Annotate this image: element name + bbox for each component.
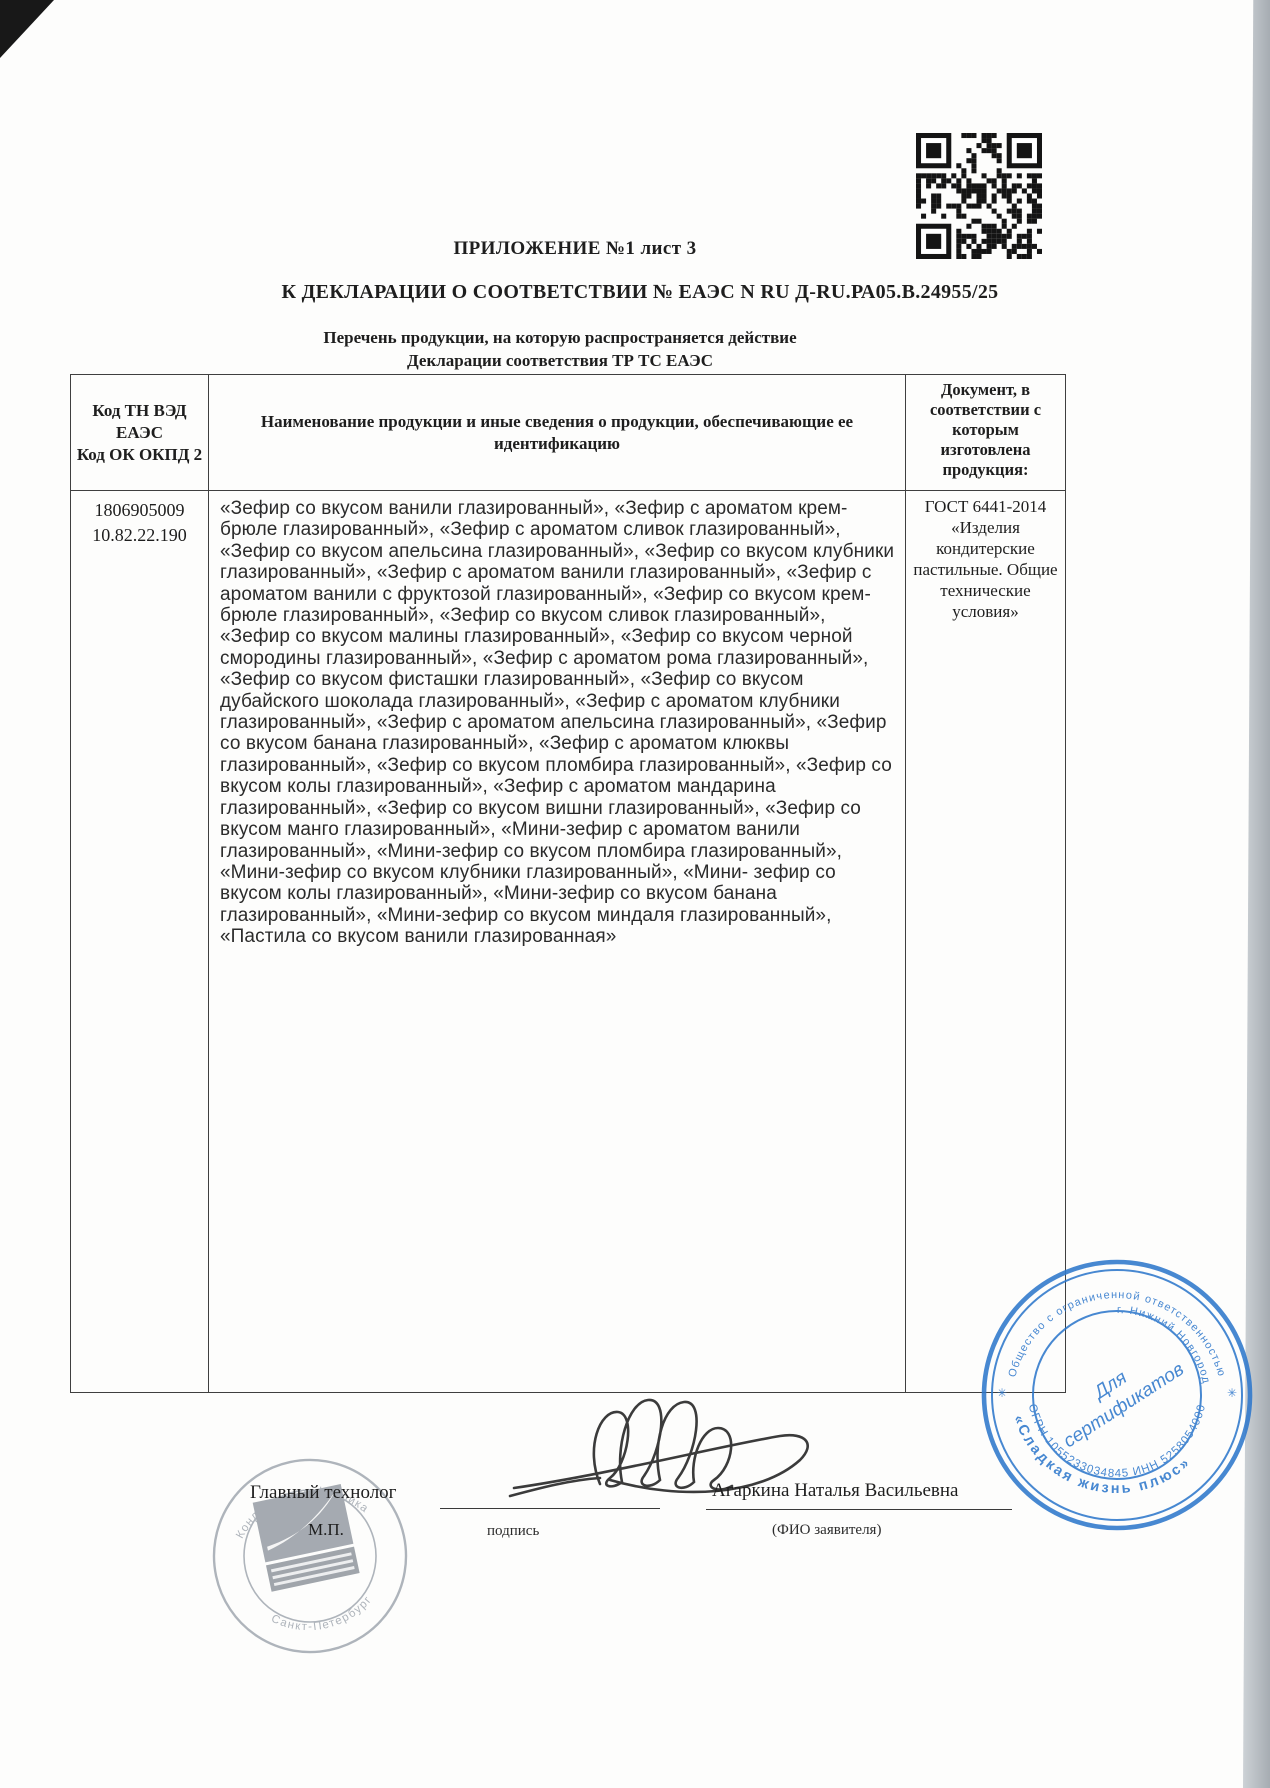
subtitle-line-1: Перечень продукции, на которую распростр…	[0, 326, 1120, 349]
applicant-name: Агаркина Наталья Васильевна	[712, 1480, 959, 1502]
svg-text:Санкт-Петербург: Санкт-Петербург	[267, 1592, 379, 1643]
header-document: Документ, в соответствии с которым изгот…	[906, 375, 1065, 491]
cell-products-list: «Зефир со вкусом ванили глазированный», …	[209, 491, 906, 1392]
appendix-title: ПРИЛОЖЕНИЕ №1 лист 3	[0, 238, 1150, 260]
tn-ved-code: 1806905009	[71, 498, 208, 523]
gray-stamp-bottom-arc: Санкт-Петербург	[267, 1592, 379, 1643]
star-separator-left: ✳	[997, 1386, 1007, 1400]
products-table: Код ТН ВЭД ЕАЭС Код ОК ОКПД 2 Наименован…	[70, 374, 1066, 1393]
star-separator-right: ✳	[1227, 1386, 1237, 1400]
products-list-subtitle: Перечень продукции, на которую распростр…	[0, 326, 1120, 372]
signatory-role: Главный технолог	[250, 1482, 396, 1504]
blue-stamp-center-line2: сертификатов	[1060, 1359, 1188, 1452]
declaration-title: К ДЕКЛАРАЦИИ О СООТВЕТСТВИИ № ЕАЭС N RU …	[20, 281, 1260, 304]
signature-caption: подпись	[487, 1523, 539, 1540]
blue-company-stamp: Общество с ограниченной ответственностью…	[972, 1250, 1262, 1540]
applicant-caption: (ФИО заявителя)	[772, 1522, 881, 1539]
header-codes: Код ТН ВЭД ЕАЭС Код ОК ОКПД 2	[71, 375, 209, 491]
cell-codes: 1806905009 10.82.22.190	[71, 491, 209, 1392]
subtitle-line-2: Декларации соответствия ТР ТС ЕАЭС	[0, 349, 1120, 372]
header-product-name: Наименование продукции и иные сведения о…	[209, 375, 906, 491]
seal-place-abbr: М.П.	[308, 1520, 344, 1540]
scan-corner-artifact	[0, 0, 54, 58]
okpd2-code: 10.82.22.190	[71, 523, 208, 548]
